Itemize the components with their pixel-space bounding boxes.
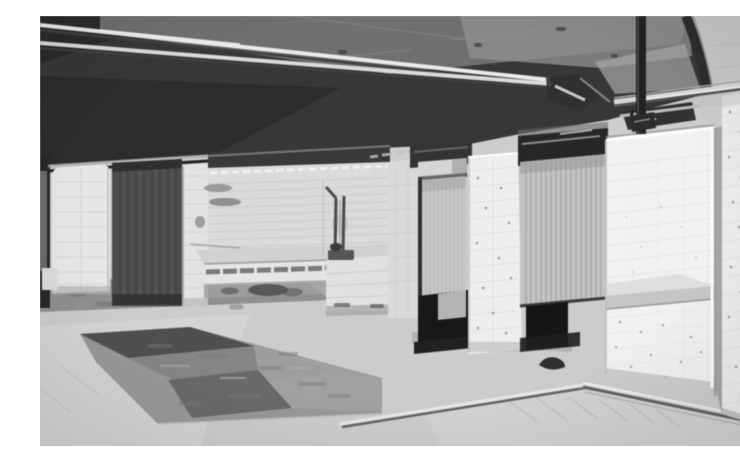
wall-stain-3 xyxy=(195,216,205,228)
pipe-valve xyxy=(330,243,342,251)
left-wall-structures xyxy=(40,156,208,308)
screen-panel-bottom-shadow xyxy=(112,294,182,306)
pillar-1-base-block xyxy=(42,268,58,290)
wall-stain-1 xyxy=(204,184,232,192)
right-tiled-pillar xyxy=(722,84,740,432)
cubicle-1-door xyxy=(422,176,466,298)
pillar-1-base-shadow xyxy=(52,286,110,294)
left-edge-panel xyxy=(40,171,47,271)
cubicle-1 xyxy=(410,142,472,354)
bench-under-shadow-3 xyxy=(281,288,303,296)
side-wall-face xyxy=(388,159,418,318)
wood-screen-panel xyxy=(112,159,182,306)
tiled-pillar-1 xyxy=(42,165,110,294)
bench-under-shadow-1 xyxy=(248,284,288,296)
photo-canvas xyxy=(40,16,740,446)
pillar-2-base-shadow xyxy=(182,298,208,306)
cubicle-2-door xyxy=(520,154,606,308)
partition-gap-shadow xyxy=(716,126,722,414)
pillar-3-base-shadow xyxy=(468,342,522,352)
bench-under-shadow-2 xyxy=(221,288,239,295)
cubicle-1-gap-light-patch xyxy=(438,290,466,320)
alcove xyxy=(190,144,408,316)
pipe-fitting xyxy=(328,250,354,260)
tiled-pillar-3 xyxy=(468,153,522,354)
wall-stain-2 xyxy=(209,198,241,206)
bathhouse-photograph xyxy=(40,16,740,446)
tiled-partition xyxy=(606,125,715,396)
